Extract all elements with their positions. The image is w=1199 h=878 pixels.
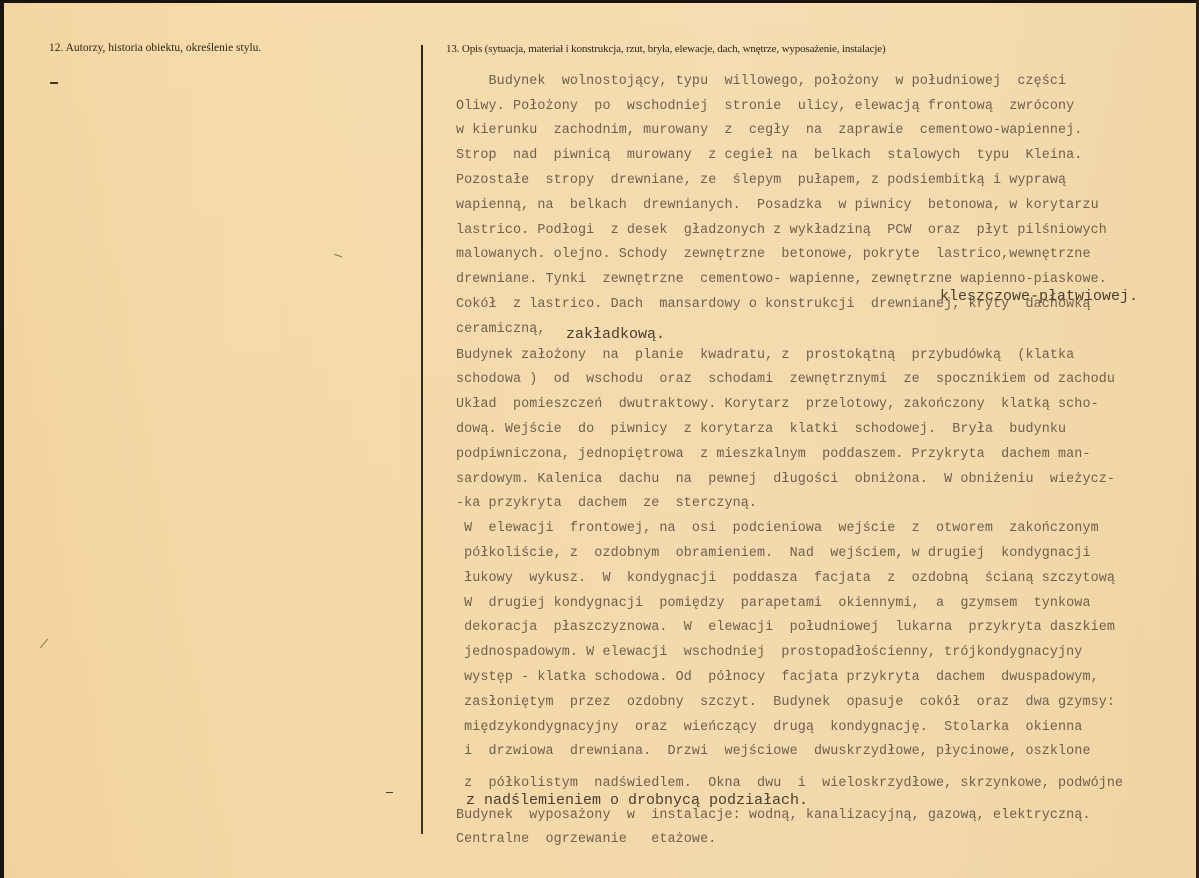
- section-12-dash-mark: [50, 82, 58, 84]
- text-line: Budynek wolnostojący, typu willowego, po…: [456, 74, 1066, 89]
- stray-mark: [40, 639, 48, 649]
- text-line: sardowym. Kalenica dachu na pewnej długo…: [456, 472, 1115, 487]
- text-line: wapienną, na belkach drewnianych. Posadz…: [456, 198, 1099, 213]
- text-line: drewniane. Tynki zewnętrzne cementowo- w…: [456, 272, 1107, 287]
- typed-insert-roof-tile: zakładkową.: [566, 326, 665, 343]
- text-line: w kierunku zachodnim, murowany z cegły n…: [456, 123, 1082, 138]
- text-line: ceramiczną,: [456, 322, 546, 337]
- text-line: Układ pomieszczeń dwutraktowy. Korytarz …: [456, 397, 1099, 412]
- text-line: malowanych. olejno. Schody zewnętrzne be…: [456, 247, 1091, 262]
- text-line: Strop nad piwnicą murowany z cegieł na b…: [456, 148, 1082, 163]
- typed-insert-roof-construction: kleszczowe-płatwiowej.: [940, 288, 1138, 305]
- text-line: jednospadowym. W elewacji wschodniej pro…: [456, 645, 1082, 660]
- text-line: W elewacji frontowej, na osi podcieniowa…: [456, 521, 1099, 536]
- text-line: Centralne ogrzewanie etażowe.: [456, 832, 716, 847]
- text-line: Budynek wyposażony w instalacje: wodną, …: [456, 808, 1091, 823]
- text-line: schodowa ) od wschodu oraz schodami zewn…: [456, 372, 1115, 387]
- section-12-dash-mark-bottom: [386, 792, 393, 793]
- text-line: z półkolistym nadświedlem. Okna dwu i wi…: [456, 776, 1123, 791]
- text-line: międzykondygnacyjny oraz wieńczący drugą…: [456, 720, 1082, 735]
- section-12-heading: 12. Autorzy, historia obiektu, określeni…: [49, 42, 261, 54]
- text-line: Oliwy. Położony po wschodniej stronie ul…: [456, 99, 1074, 114]
- text-line: Pozostałe stropy drewniane, ze ślepym pu…: [456, 173, 1066, 188]
- text-line: Budynek założony na planie kwadratu, z p…: [456, 348, 1074, 363]
- column-divider: [421, 45, 423, 834]
- text-line: lastrico. Podłogi z desek gładzonych z w…: [456, 223, 1107, 238]
- text-line: -ka przykryta dachem ze sterczyną.: [456, 496, 757, 511]
- text-line: półkoliście, z ozdobnym obramieniem. Nad…: [456, 546, 1091, 561]
- text-line: dekoracja płaszczyznowa. W elewacji połu…: [456, 620, 1115, 635]
- text-line: W drugiej kondygnacji pomiędzy parapetam…: [456, 596, 1091, 611]
- section-13-heading: 13. Opis (sytuacja, materiał i konstrukc…: [446, 43, 886, 55]
- typed-insert-windows-note: z nadślemieniem o drobnycą podziałach.: [466, 792, 808, 809]
- text-line: dową. Wejście do piwnicy z korytarza kla…: [456, 422, 1066, 437]
- text-line: występ - klatka schodowa. Od północy fac…: [456, 670, 1099, 685]
- text-line: łukowy wykusz. W kondygnacji poddasza fa…: [456, 571, 1115, 586]
- text-line: podpiwniczona, jednopiętrowa z mieszkaln…: [456, 447, 1091, 462]
- text-line: i drzwiowa drewniana. Drzwi wejściowe dw…: [456, 744, 1091, 759]
- text-line: zasłoniętym przez ozdobny szczyt. Budyne…: [456, 695, 1115, 710]
- stray-mark: [334, 254, 342, 258]
